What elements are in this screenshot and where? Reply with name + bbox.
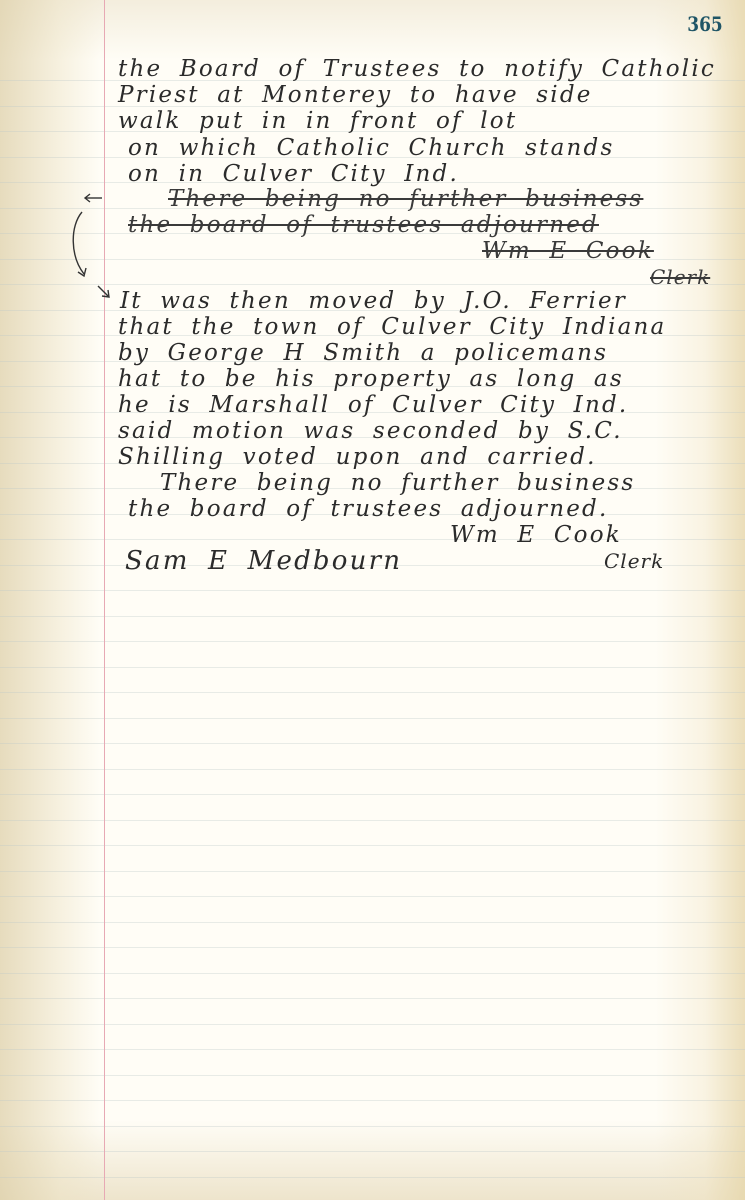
handwritten-line: hat to be his property as long as xyxy=(118,366,624,392)
ruled-line xyxy=(0,922,745,923)
ruled-line xyxy=(0,1024,745,1025)
ruled-line xyxy=(0,845,745,846)
ruled-line xyxy=(0,1151,745,1152)
ruled-line xyxy=(0,692,745,693)
ruled-line xyxy=(0,539,745,540)
curved-arrow-icon xyxy=(68,186,118,306)
handwritten-line: Priest at Monterey to have side xyxy=(118,82,593,108)
ruled-line xyxy=(0,769,745,770)
ruled-line xyxy=(0,794,745,795)
clerk-signature: Wm E Cook xyxy=(450,522,622,548)
handwritten-line: he is Marshall of Culver City Ind. xyxy=(118,392,628,418)
ruled-line xyxy=(0,1075,745,1076)
struck-line: the board of trustees adjourned xyxy=(128,212,599,238)
ruled-line xyxy=(0,1100,745,1101)
handwritten-line: It was then moved by J.O. Ferrier xyxy=(120,288,627,314)
ruled-line xyxy=(0,871,745,872)
ruled-line xyxy=(0,667,745,668)
ruled-line xyxy=(0,718,745,719)
ruled-line xyxy=(0,743,745,744)
annotation-arrows xyxy=(68,186,118,306)
struck-line: There being no further business xyxy=(168,186,643,212)
margin-line xyxy=(104,0,105,1200)
ledger-page: 365 the Board of Trustees to notify Cath… xyxy=(0,0,745,1200)
handwritten-line: that the town of Culver City Indiana xyxy=(118,314,666,340)
ruled-line xyxy=(0,947,745,948)
clerk-title: Clerk xyxy=(604,548,664,574)
ruled-line xyxy=(0,973,745,974)
ruled-line xyxy=(0,896,745,897)
ruled-line xyxy=(0,998,745,999)
struck-clerk-title: Clerk xyxy=(650,264,710,290)
handwritten-line: Shilling voted upon and carried. xyxy=(118,444,597,470)
handwritten-line: the board of trustees adjourned. xyxy=(128,496,608,522)
struck-signature: Wm E Cook xyxy=(482,238,654,264)
page-number: 365 xyxy=(688,12,723,36)
ruled-line xyxy=(0,820,745,821)
ruled-line xyxy=(0,1177,745,1178)
handwritten-line: by George H Smith a policemans xyxy=(118,340,608,366)
ruled-line xyxy=(0,1126,745,1127)
handwritten-line: on which Catholic Church stands xyxy=(128,135,614,161)
ruled-line xyxy=(0,1049,745,1050)
handwritten-line: walk put in in front of lot xyxy=(118,108,517,134)
handwritten-line: There being no further business xyxy=(160,470,635,496)
ruled-line xyxy=(0,616,745,617)
ruled-line xyxy=(0,590,745,591)
handwritten-line: the Board of Trustees to notify Catholic xyxy=(118,56,716,82)
president-signature: Sam E Medbourn xyxy=(125,548,402,574)
handwritten-line: said motion was seconded by S.C. xyxy=(118,418,623,444)
handwritten-line: on in Culver City Ind. xyxy=(128,161,459,187)
ruled-line xyxy=(0,641,745,642)
